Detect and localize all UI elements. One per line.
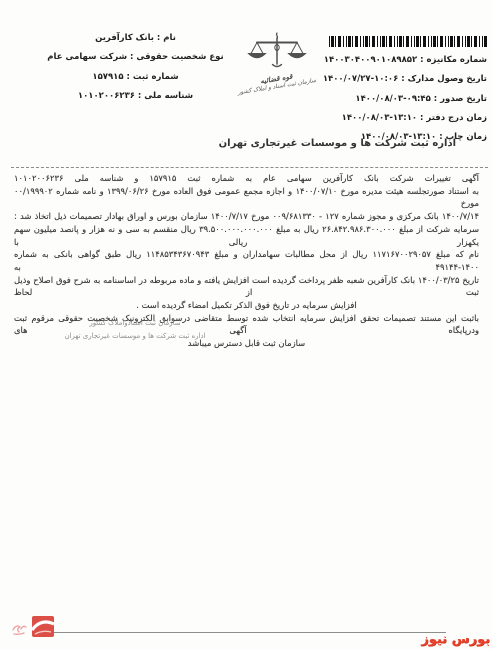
registration-notice-document: نامبانک کارآفرین نوع شخصیت حقوقیشرکت سها… xyxy=(0,0,492,650)
signature-block: سازمان ثبت اسنادواملاک کشور اداره ثبت شر… xyxy=(24,317,246,343)
bourse-news-watermark: بورس نیوز xyxy=(421,632,490,647)
footer-divider-line xyxy=(54,632,446,633)
field-national-id: شناسه ملی۱۰۱۰۲۰۰۶۲۳۶ xyxy=(28,87,243,106)
signature-office: اداره ثبت شرکت ها و موسسات غیرتجاری تهرا… xyxy=(24,330,246,343)
field-entity-type: نوع شخصیت حقوقیشرکت سهامی عام xyxy=(28,48,243,67)
field-registration-number: شماره ثبت۱۵۷۹۱۵ xyxy=(28,68,243,87)
body-line: ۱۴۰۰/۷/۱۴ بانک مرکزی و مجوز شماره ۱۲۷ - … xyxy=(14,210,479,223)
company-info-block: نامبانک کارآفرین نوع شخصیت حقوقیشرکت سها… xyxy=(28,29,243,106)
barcode-icon xyxy=(329,36,487,47)
issuing-office-title: اداره ثبت شرکت ها و موسسات غیرتجاری تهرا… xyxy=(219,138,456,149)
mechanized-info-block: شماره مکانیزه۱۴۰۰۳۰۴۰۰۹۰۱۰۸۹۸۵۲ تاریخ وص… xyxy=(277,36,487,147)
body-line: تاریخ ۱۴۰۰/۰۳/۲۵ بانک کارآفرین شعبه ظفر … xyxy=(14,274,479,299)
field-documents-received-date: تاریخ وصول مدارک۱۴۰۰/۰۷/۲۷-۱۰:۰۶ xyxy=(277,70,487,89)
body-line: نام که مبلغ ۱۱۷۱۶۷۰۰۲۹۰۵۷ ریال از محل مط… xyxy=(14,248,479,273)
field-mechanized-number: شماره مکانیزه۱۴۰۰۳۰۴۰۰۹۰۱۰۸۹۸۵۲ xyxy=(277,51,487,70)
field-name: نامبانک کارآفرین xyxy=(28,29,243,48)
header-divider-line xyxy=(11,167,488,168)
body-line: سرمایه شرکت از مبلغ ۲۶.۸۴۲.۹۸۶.۳۰۰.۰۰۰ ر… xyxy=(14,223,479,248)
body-line: آگهی تغییرات شرکت بانک کارآفرین سهامی عا… xyxy=(14,172,479,185)
pink-press-stamp-icon xyxy=(10,613,60,641)
field-issue-date: تاریخ صدور۱۴۰۰/۰۸/۰۳-۰۹:۴۵ xyxy=(277,90,487,109)
signature-org: سازمان ثبت اسنادواملاک کشور xyxy=(24,317,246,330)
field-ledger-entry-time: زمان درج دفتر۱۴۰۰/۰۸/۰۳-۱۳:۱۰ xyxy=(277,109,487,128)
body-line: به استناد صورتجلسه هیئت مدیره مورخ ۱۴۰۰/… xyxy=(14,185,479,210)
body-line: افزایش سرمایه در تاریخ فوق الذکر تکمیل ا… xyxy=(14,299,479,312)
